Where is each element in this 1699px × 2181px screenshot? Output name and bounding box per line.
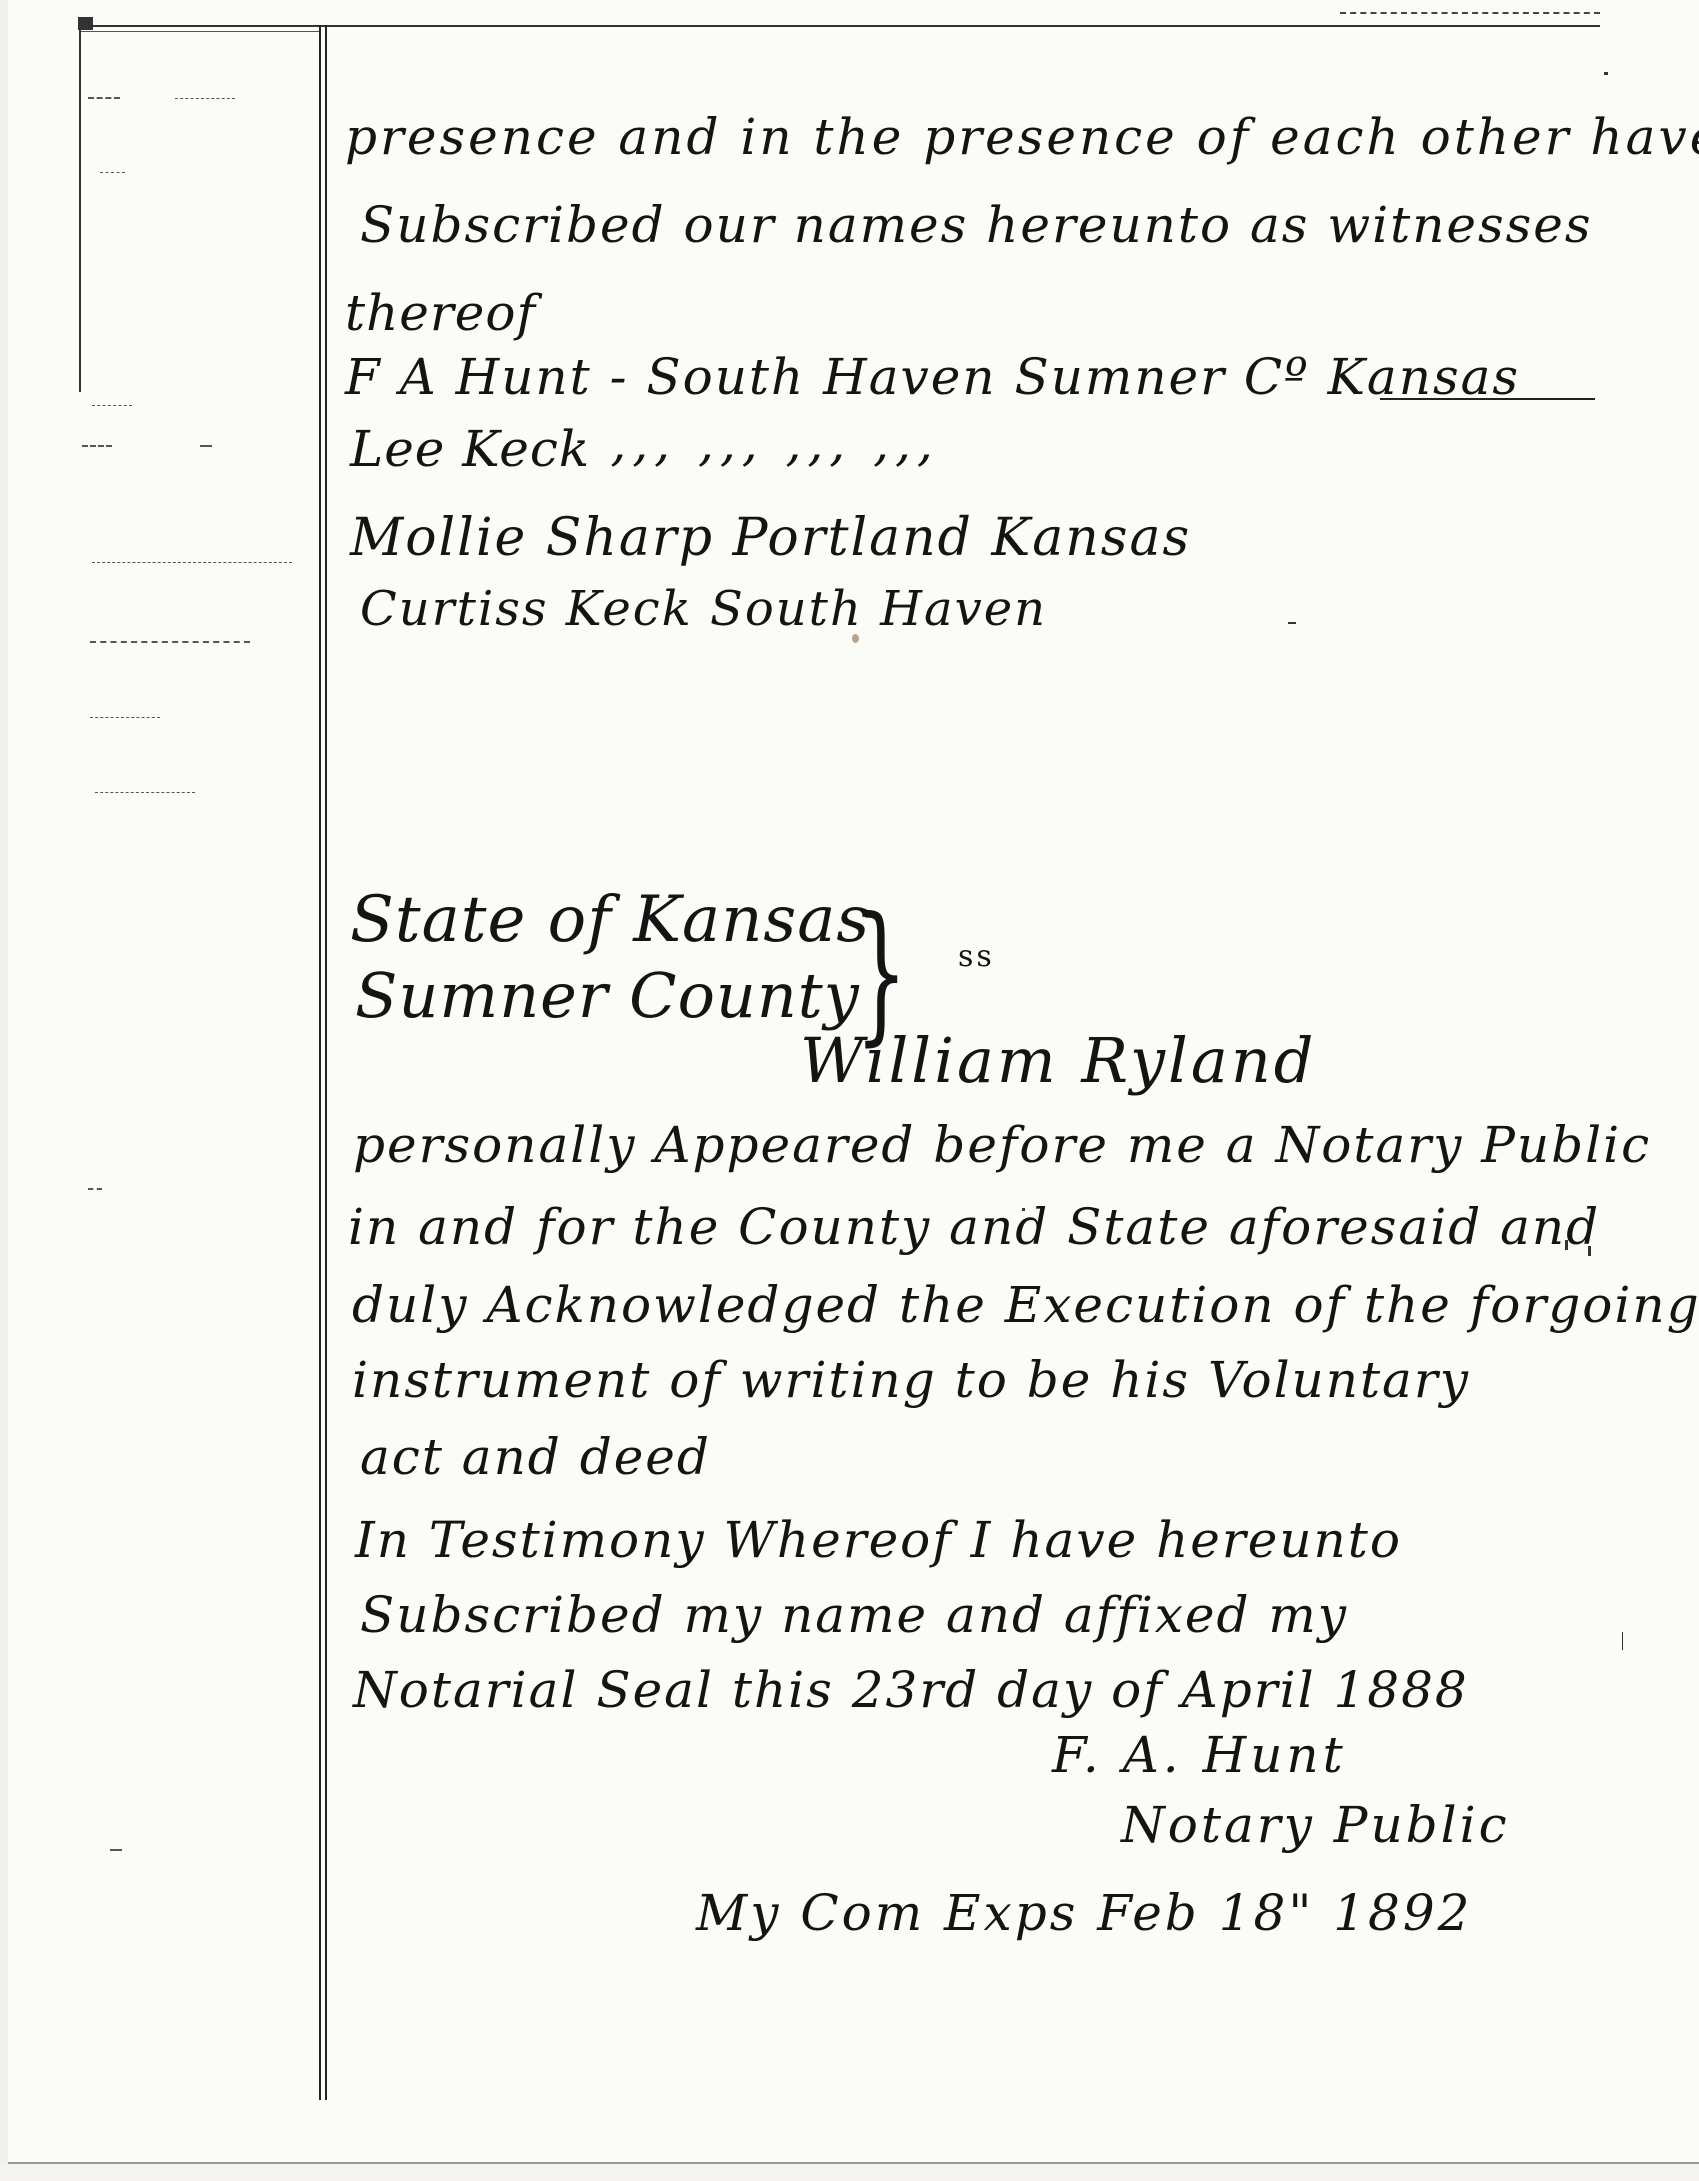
notary-signature: F. A. Hunt bbox=[1052, 1730, 1347, 1780]
margin-dash bbox=[92, 405, 132, 406]
acknowledgment-line-1: personally Appeared before me a Notary P… bbox=[353, 1120, 1651, 1170]
margin-double-rule-left bbox=[319, 25, 321, 2100]
venue-ss: ss bbox=[958, 942, 995, 972]
witness-1-underline bbox=[1380, 398, 1595, 400]
margin-dash bbox=[175, 98, 235, 99]
margin-dash bbox=[90, 717, 160, 718]
witness-3: Mollie Sharp Portland Kansas bbox=[350, 512, 1191, 564]
margin-dash bbox=[88, 1188, 102, 1190]
left-frame-edge bbox=[79, 17, 81, 392]
speck bbox=[1565, 1240, 1568, 1250]
speck bbox=[1622, 1632, 1623, 1650]
testimony-line-1: In Testimony Whereof I have hereunto bbox=[355, 1515, 1402, 1565]
margin-dash bbox=[110, 1849, 122, 1851]
margin-double-rule-right bbox=[325, 25, 327, 2100]
margin-dash bbox=[200, 445, 212, 447]
speck bbox=[1288, 622, 1296, 624]
top-rule-right-line bbox=[1340, 12, 1600, 14]
attestation-line-3: thereof bbox=[345, 288, 536, 338]
acknowledgment-line-2: in and for the County and State aforesai… bbox=[348, 1202, 1600, 1252]
testimony-line-2: Subscribed my name and affixed my bbox=[360, 1590, 1348, 1640]
acknowledgment-line-4: instrument of writing to be his Voluntar… bbox=[352, 1355, 1470, 1405]
acknowledgment-line-3: duly Acknowledged the Execution of the f… bbox=[352, 1280, 1699, 1330]
venue-county: Sumner County bbox=[355, 965, 860, 1027]
grantor-name: William Ryland bbox=[800, 1030, 1316, 1092]
speck bbox=[1604, 72, 1608, 75]
margin-dash bbox=[90, 641, 250, 643]
margin-dash bbox=[100, 172, 125, 173]
attestation-line-1: presence and in the presence of each oth… bbox=[345, 112, 1699, 162]
witness-2: Lee Keck bbox=[350, 424, 590, 474]
witness-1: F A Hunt - South Haven Sumner Cº Kansas bbox=[345, 352, 1520, 402]
speck bbox=[1022, 1208, 1025, 1211]
acknowledgment-line-5: act and deed bbox=[360, 1432, 711, 1482]
margin-dash bbox=[95, 792, 195, 793]
venue-state: State of Kansas bbox=[350, 888, 870, 952]
witness-4: Curtiss Keck South Haven bbox=[360, 585, 1047, 633]
top-rule-inner-line bbox=[80, 31, 320, 32]
notary-title: Notary Public bbox=[1121, 1800, 1510, 1850]
margin-dash bbox=[82, 445, 112, 447]
speck bbox=[1588, 1246, 1591, 1256]
margin-dash bbox=[88, 97, 120, 99]
margin-dash bbox=[92, 562, 292, 563]
paper-stain bbox=[852, 634, 859, 643]
testimony-line-3: Notarial Seal this 23rd day of April 188… bbox=[353, 1665, 1469, 1715]
witness-2-ditto-marks: ‚‚‚ ‚‚‚ ‚‚‚ ‚‚‚ bbox=[610, 418, 938, 468]
commission-expiry: My Com Exps Feb 18" 1892 bbox=[696, 1888, 1472, 1938]
top-rule-line bbox=[80, 25, 1600, 27]
attestation-line-2: Subscribed our names hereunto as witness… bbox=[360, 200, 1593, 250]
scanner-bed-strip bbox=[0, 2164, 1699, 2181]
